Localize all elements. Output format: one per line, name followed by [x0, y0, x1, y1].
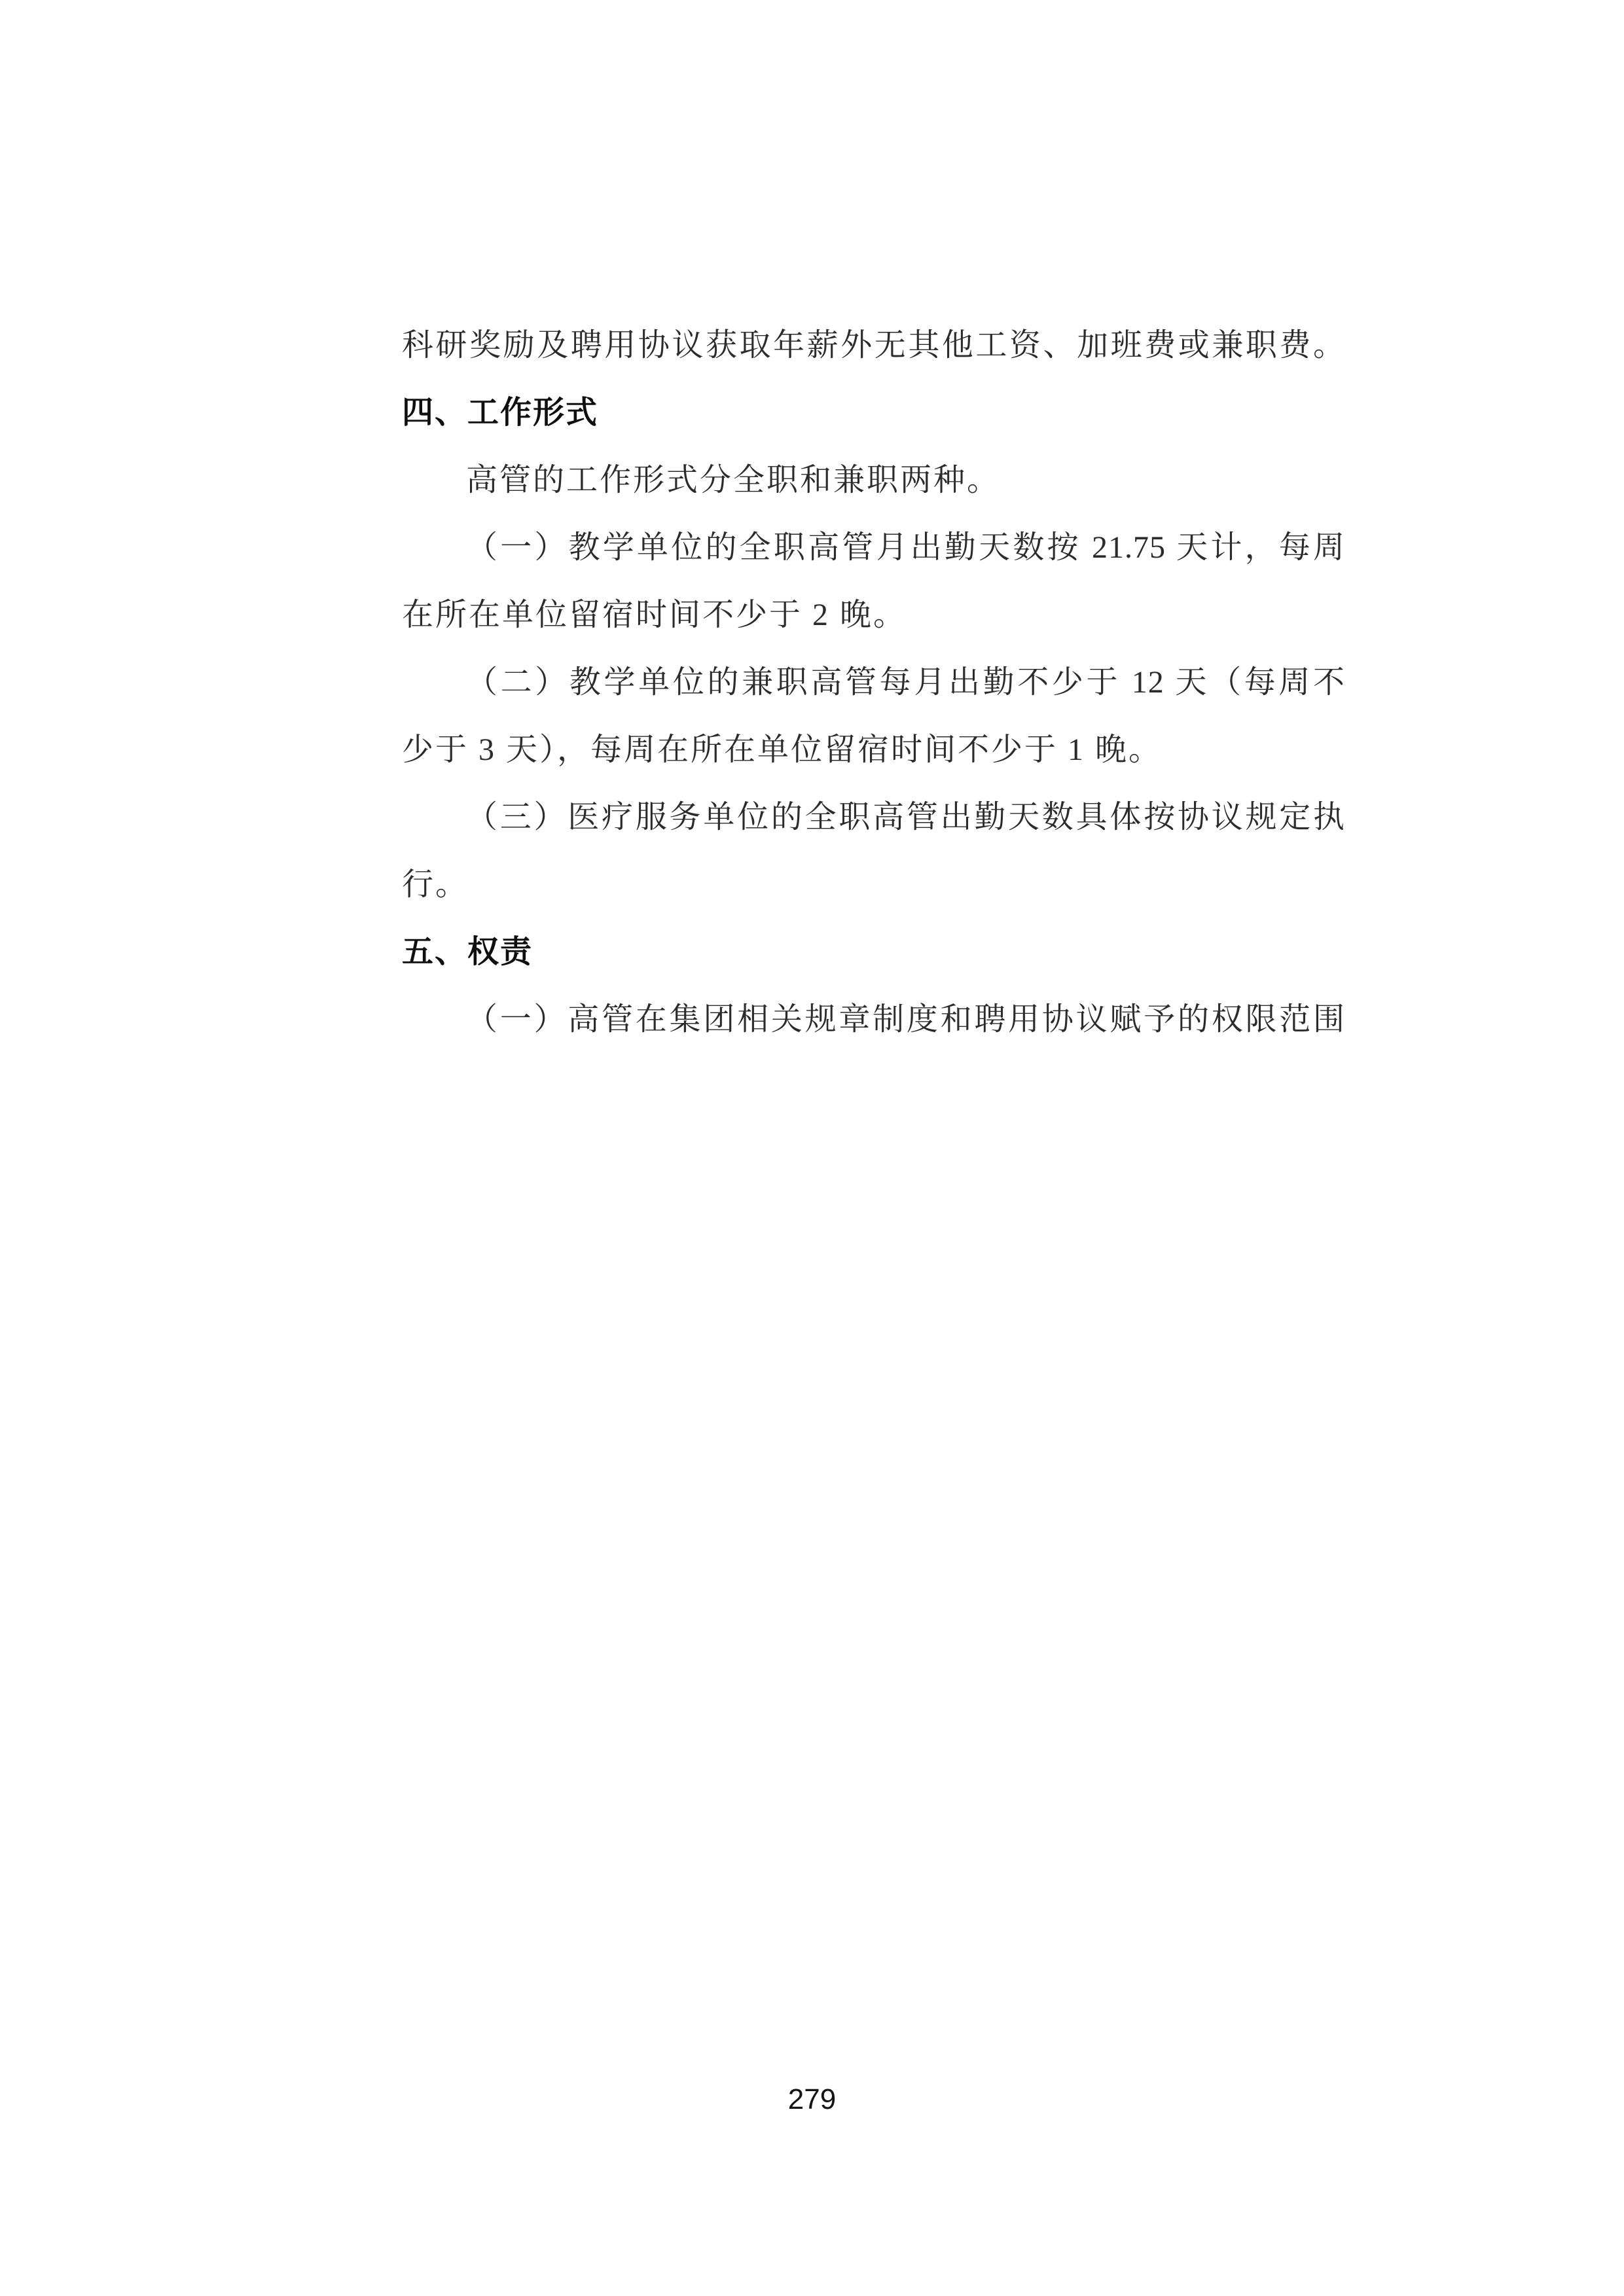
paragraph-line-salary: 科研奖励及聘用协议获取年薪外无其他工资、加班费或兼职费。 — [402, 312, 1345, 379]
document-page: 科研奖励及聘用协议获取年薪外无其他工资、加班费或兼职费。 四、工作形式 高管的工… — [0, 0, 1624, 2296]
paragraph-line-item-2-cont: 少于 3 天），每周在所在单位留宿时间不少于 1 晚。 — [402, 716, 1345, 783]
paragraph-line-item-1-cont: 在所在单位留宿时间不少于 2 晚。 — [402, 581, 1345, 649]
paragraph-line-item-1-fulltime: （一）教学单位的全职高管月出勤天数按 21.75 天计，每周 — [402, 514, 1345, 581]
page-number: 279 — [0, 2085, 1624, 2114]
section-heading-duties: 五、权责 — [402, 918, 1345, 986]
paragraph-line-duties-item-1: （一）高管在集团相关规章制度和聘用协议赋予的权限范围 — [402, 986, 1345, 1053]
paragraph-line-work-form-intro: 高管的工作形式分全职和兼职两种。 — [402, 446, 1345, 514]
document-text-block: 科研奖励及聘用协议获取年薪外无其他工资、加班费或兼职费。 四、工作形式 高管的工… — [402, 312, 1345, 1053]
section-heading-work-form: 四、工作形式 — [402, 379, 1345, 446]
paragraph-line-item-3-medical: （三）医疗服务单位的全职高管出勤天数具体按协议规定执 — [402, 783, 1345, 851]
paragraph-line-item-2-parttime: （二）教学单位的兼职高管每月出勤不少于 12 天（每周不 — [402, 649, 1345, 716]
paragraph-line-item-3-cont: 行。 — [402, 851, 1345, 918]
